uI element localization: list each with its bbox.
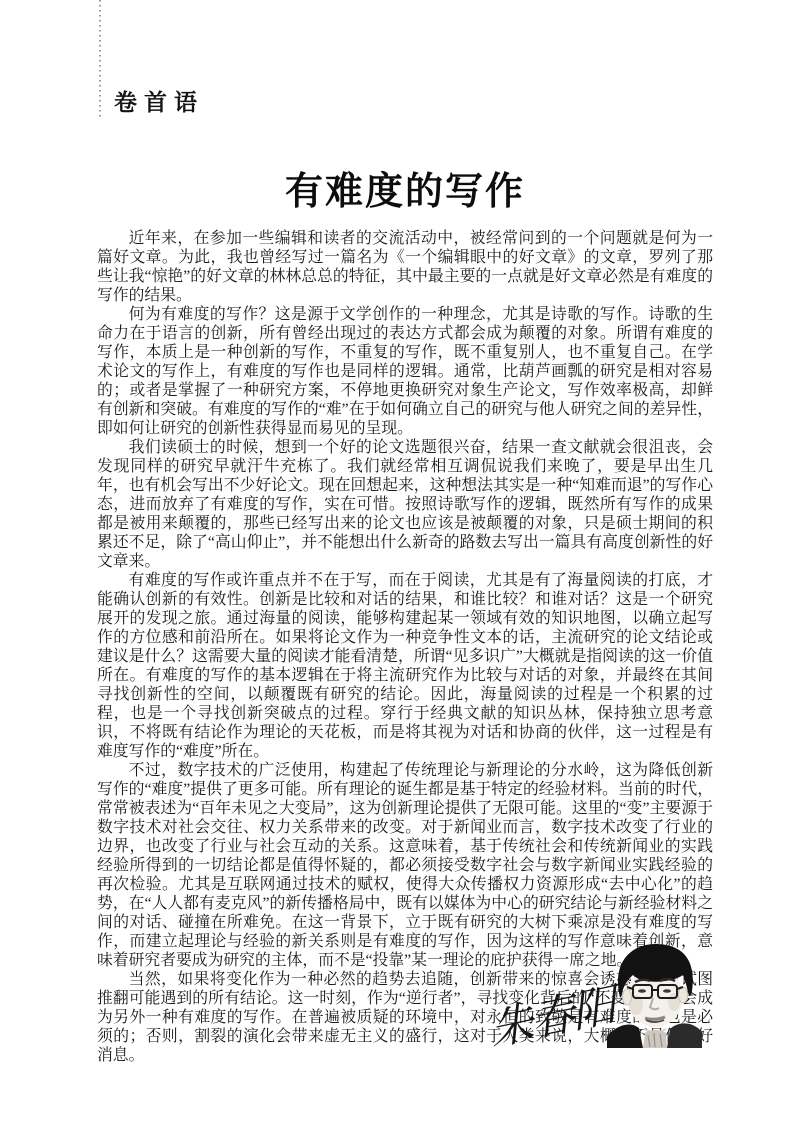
article-body: 近年来，在参加一些编辑和读者的交流活动中，被经常问到的一个问题就是何为一篇好文章…	[97, 229, 713, 1065]
section-label: 卷首语	[114, 84, 204, 117]
right-shoulder-shape	[667, 1023, 702, 1048]
paragraph: 有难度的写作或许重点并不在于写，而在于阅读，尤其是有了海量阅读的打底，才能确认创…	[97, 571, 713, 761]
margin-dotted-line	[99, 0, 101, 118]
author-photo	[606, 941, 703, 1048]
paragraph: 近年来，在参加一些编辑和读者的交流活动中，被经常问到的一个问题就是何为一篇好文章…	[97, 229, 713, 305]
paragraph: 何为有难度的写作？这是源于文学创作的一种理念，尤其是诗歌的写作。诗歌的生命力在于…	[97, 305, 713, 438]
paragraph: 不过，数字技术的广泛使用，构建起了传统理论与新理论的分水岭，这为降低创新写作的“…	[97, 761, 713, 970]
left-shoulder-shape	[607, 1025, 643, 1048]
article-title: 有难度的写作	[97, 160, 713, 215]
magazine-page: 卷首语 有难度的写作 近年来，在参加一些编辑和读者的交流活动中，被经常问到的一个…	[0, 0, 799, 1124]
paragraph: 我们读硕士的时候，想到一个好的论文选题很兴奋，结果一查文献就会很沮丧，会发现同样…	[97, 438, 713, 571]
